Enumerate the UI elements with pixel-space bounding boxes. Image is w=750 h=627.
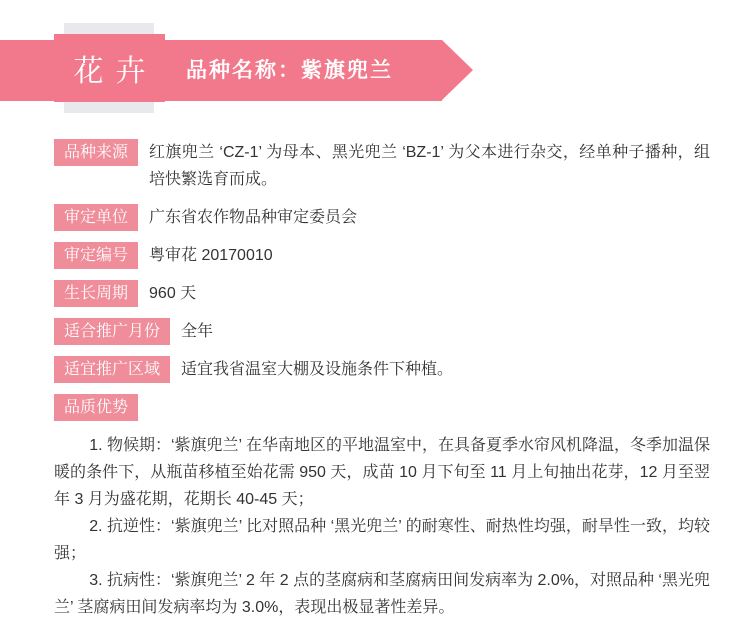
page-root: 花卉 品种名称：紫旗兜兰 品种来源 红旗兜兰 ‘CZ-1’ 为母本、黑光兜兰 ‘… — [0, 0, 750, 627]
category-label: 花卉 — [62, 46, 158, 90]
field-row-quality-advantage: 品质优势 — [54, 394, 710, 421]
banner-title: 品种名称：紫旗兜兰 — [186, 40, 393, 101]
content-area: 品种来源 红旗兜兰 ‘CZ-1’ 为母本、黑光兜兰 ‘BZ-1’ 为父本进行杂交… — [54, 139, 710, 621]
field-value: 全年 — [181, 318, 710, 345]
field-value: 粤审花 20170010 — [149, 242, 710, 269]
banner-arrow-decoration — [442, 40, 473, 100]
quality-paragraph-disease-resistance: 3. 抗病性：‘紫旗兜兰’ 2 年 2 点的茎腐病和茎腐病田间发病率为 2.0%… — [54, 567, 710, 621]
quality-advantage-section: 1. 物候期：‘紫旗兜兰’ 在华南地区的平地温室中，在具备夏季水帘风机降温，冬季… — [54, 432, 710, 621]
field-label: 适合推广月份 — [54, 318, 170, 345]
field-row-promotion-region: 适宜推广区域 适宜我省温室大棚及设施条件下种植。 — [54, 356, 710, 383]
field-value: 适宜我省温室大棚及设施条件下种植。 — [181, 356, 710, 383]
field-label: 品种来源 — [54, 139, 138, 166]
field-row-growth-cycle: 生长周期 960 天 — [54, 280, 710, 307]
field-row-certification-number: 审定编号 粤审花 20170010 — [54, 242, 710, 269]
field-label: 生长周期 — [54, 280, 138, 307]
field-value: 红旗兜兰 ‘CZ-1’ 为母本、黑光兜兰 ‘BZ-1’ 为父本进行杂交，经单种子… — [149, 139, 710, 193]
field-row-certification-unit: 审定单位 广东省农作物品种审定委员会 — [54, 204, 710, 231]
quality-paragraph-stress-resistance: 2. 抗逆性：‘紫旗兜兰’ 比对照品种 ‘黑光兜兰’ 的耐寒性、耐热性均强，耐旱… — [54, 513, 710, 567]
field-label: 品质优势 — [54, 394, 138, 421]
category-badge: 花卉 — [54, 34, 165, 102]
field-label: 审定编号 — [54, 242, 138, 269]
quality-paragraph-phenology: 1. 物候期：‘紫旗兜兰’ 在华南地区的平地温室中，在具备夏季水帘风机降温，冬季… — [54, 432, 710, 513]
field-label: 适宜推广区域 — [54, 356, 170, 383]
field-label: 审定单位 — [54, 204, 138, 231]
field-row-variety-source: 品种来源 红旗兜兰 ‘CZ-1’ 为母本、黑光兜兰 ‘BZ-1’ 为父本进行杂交… — [54, 139, 710, 193]
field-value: 广东省农作物品种审定委员会 — [149, 204, 710, 231]
field-value: 960 天 — [149, 280, 710, 307]
field-row-promotion-months: 适合推广月份 全年 — [54, 318, 710, 345]
